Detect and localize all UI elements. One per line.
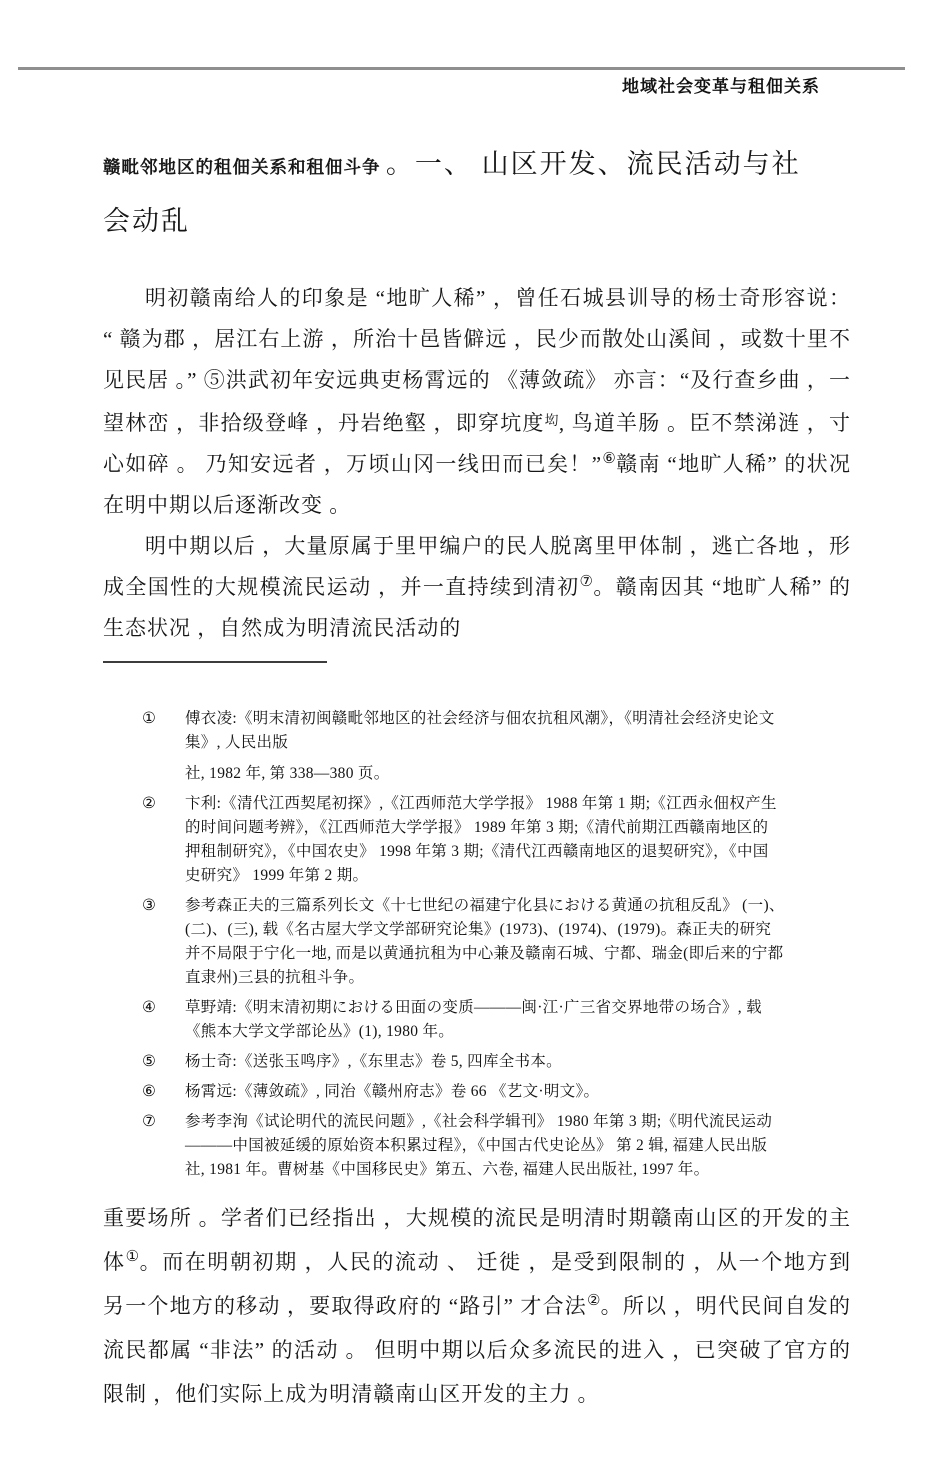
footnote-line: 参考李洵《试论明代的流民问题》,《社会科学辑刊》 1980 年第 3 期;《明代… [185, 1110, 851, 1134]
footnote-line: 草野靖:《明末清初期における田面の变质———闽·江·广三省交界地带の场合》, 载 [185, 996, 851, 1020]
footnote-line: 社, 1982 年, 第 338—380 页。 [185, 762, 851, 786]
section-heading-line2: 会动乱 [103, 206, 190, 236]
footnote-text: 傅衣凌:《明末清初闽赣毗邻地区的社会经济与佃农抗租风潮》，《明清社会经济史论文 … [185, 707, 851, 786]
footnote-item-6: ⑥ 杨霄远:《薄敛疏》, 同治《赣州府志》卷 66 《艺文·明文》。 [142, 1080, 851, 1104]
footnote-list: ① 傅衣凌:《明末清初闽赣毗邻地区的社会经济与佃农抗租风潮》，《明清社会经济史论… [103, 707, 851, 1182]
footnote-item-4: ④ 草野靖:《明末清初期における田面の变质———闽·江·广三省交界地带の场合》,… [142, 996, 851, 1044]
footnote-text: 杨霄远:《薄敛疏》, 同治《赣州府志》卷 66 《艺文·明文》。 [185, 1080, 851, 1104]
body-paragraph-3: 重要场所 。学者们已经指出 ，大规模的流民是明清时期赣南山区的开发的主体①。而在… [103, 1196, 851, 1416]
footnote-ref-7: ⑦ [580, 574, 594, 590]
footnote-line: ———中国被延缓的原始资本积累过程》，《中国古代史论丛》 第 2 辑, 福建人民… [185, 1134, 851, 1158]
body-paragraph-2: 明中期以后 ，大量原属于里甲编户的民人脱离里甲体制 ，逃亡各地 ，形成全国性的大… [103, 526, 851, 649]
footnote-line: 集》, 人民出版 [185, 731, 851, 755]
footnote-marker: ② [142, 792, 185, 888]
document-page: 地域社会变革与租佃关系 赣毗邻地区的租佃关系和租佃斗争 。一、 山区开发、流民活… [0, 0, 950, 1482]
footnote-line: 杨士奇:《送张玉鸣序》,《东里志》卷 5, 四库全书本。 [185, 1050, 851, 1074]
footnote-text: 参考森正夫的三篇系列长文《十七世纪の福建宁化县における黄通の抗租反乱》 (一)、… [185, 894, 851, 990]
footnote-marker: ⑦ [142, 1110, 185, 1182]
footnote-item-2: ② 卞利:《清代江西契尾初探》,《江西师范大学学报》 1988 年第 1 期;《… [142, 792, 851, 888]
footnote-separator-rule [103, 661, 327, 663]
footnote-ref-6: ⑥ [602, 451, 616, 467]
footnote-text: 草野靖:《明末清初期における田面の变质———闽·江·广三省交界地带の场合》, 载… [185, 996, 851, 1044]
footnote-line: 《熊本大学文学部论丛》(1), 1980 年。 [185, 1020, 851, 1044]
footnote-text: 杨士奇:《送张玉鸣序》,《东里志》卷 5, 四库全书本。 [185, 1050, 851, 1074]
text-column: 赣毗邻地区的租佃关系和租佃斗争 。一、 山区开发、流民活动与社 会动乱 明初赣南… [103, 0, 851, 1437]
footnote-line: 史研究》 1999 年第 2 期。 [185, 864, 851, 888]
section-opening: 赣毗邻地区的租佃关系和租佃斗争 。一、 山区开发、流民活动与社 会动乱 [103, 138, 851, 252]
footnote-marker: ① [142, 707, 185, 786]
footnote-line: 押租制研究》，《中国农史》 1998 年第 3 期;《清代江西赣南地区的退契研究… [185, 840, 851, 864]
footnote-line: 参考森正夫的三篇系列长文《十七世纪の福建宁化县における黄通の抗租反乱》 (一)、 [185, 894, 851, 918]
footnote-line: 的时间问题考辨》，《江西师范大学学报》 1989 年第 3 期;《清代前期江西赣… [185, 816, 851, 840]
footnote-line: (二)、(三), 载《名古屋大学文学部研究论集》(1973)、(1974)、(1… [185, 918, 851, 942]
footnote-line: 并不局限于宁化一地, 而是以黄通抗租为中心兼及赣南石城、宁都、瑞金(即后来的宁都 [185, 942, 851, 966]
footnote-marker: ④ [142, 996, 185, 1044]
footnote-line: 杨霄远:《薄敛疏》, 同治《赣州府志》卷 66 《艺文·明文》。 [185, 1080, 851, 1104]
footnote-marker: ⑤ [142, 1050, 185, 1074]
footnote-line: 卞利:《清代江西契尾初探》,《江西师范大学学报》 1988 年第 1 期;《江西… [185, 792, 851, 816]
footnote-marker: ⑥ [142, 1080, 185, 1104]
section-heading-line1: 。一、 山区开发、流民活动与社 [386, 149, 801, 179]
footnote-item-3: ③ 参考森正夫的三篇系列长文《十七世纪の福建宁化县における黄通の抗租反乱》 (一… [142, 894, 851, 990]
body-paragraph-1: 明初赣南给人的印象是 “地旷人稀” ，曾任石城县训导的杨士奇形容说： “ 赣为郡… [103, 278, 851, 526]
footnote-line: 直隶州)三县的抗租斗争。 [185, 966, 851, 990]
footnote-text: 参考李洵《试论明代的流民问题》,《社会科学辑刊》 1980 年第 3 期;《明代… [185, 1110, 851, 1182]
footnote-ref-2: ② [587, 1293, 601, 1309]
footnote-item-5: ⑤ 杨士奇:《送张玉鸣序》,《东里志》卷 5, 四库全书本。 [142, 1050, 851, 1074]
p1-rare-char: 㘭 [545, 414, 559, 429]
footnote-item-7: ⑦ 参考李洵《试论明代的流民问题》,《社会科学辑刊》 1980 年第 3 期;《… [142, 1110, 851, 1182]
footnote-ref-1: ① [126, 1249, 140, 1265]
footnote-text: 卞利:《清代江西契尾初探》,《江西师范大学学报》 1988 年第 1 期;《江西… [185, 792, 851, 888]
footnote-marker: ③ [142, 894, 185, 990]
footnote-line: 社, 1981 年。曹树基《中国移民史》第五、六卷, 福建人民出版社, 1997… [185, 1158, 851, 1182]
carryover-text: 赣毗邻地区的租佃关系和租佃斗争 [103, 157, 386, 177]
footnote-line: 傅衣凌:《明末清初闽赣毗邻地区的社会经济与佃农抗租风潮》，《明清社会经济史论文 [185, 707, 851, 731]
footnote-item-1: ① 傅衣凌:《明末清初闽赣毗邻地区的社会经济与佃农抗租风潮》，《明清社会经济史论… [142, 707, 851, 786]
